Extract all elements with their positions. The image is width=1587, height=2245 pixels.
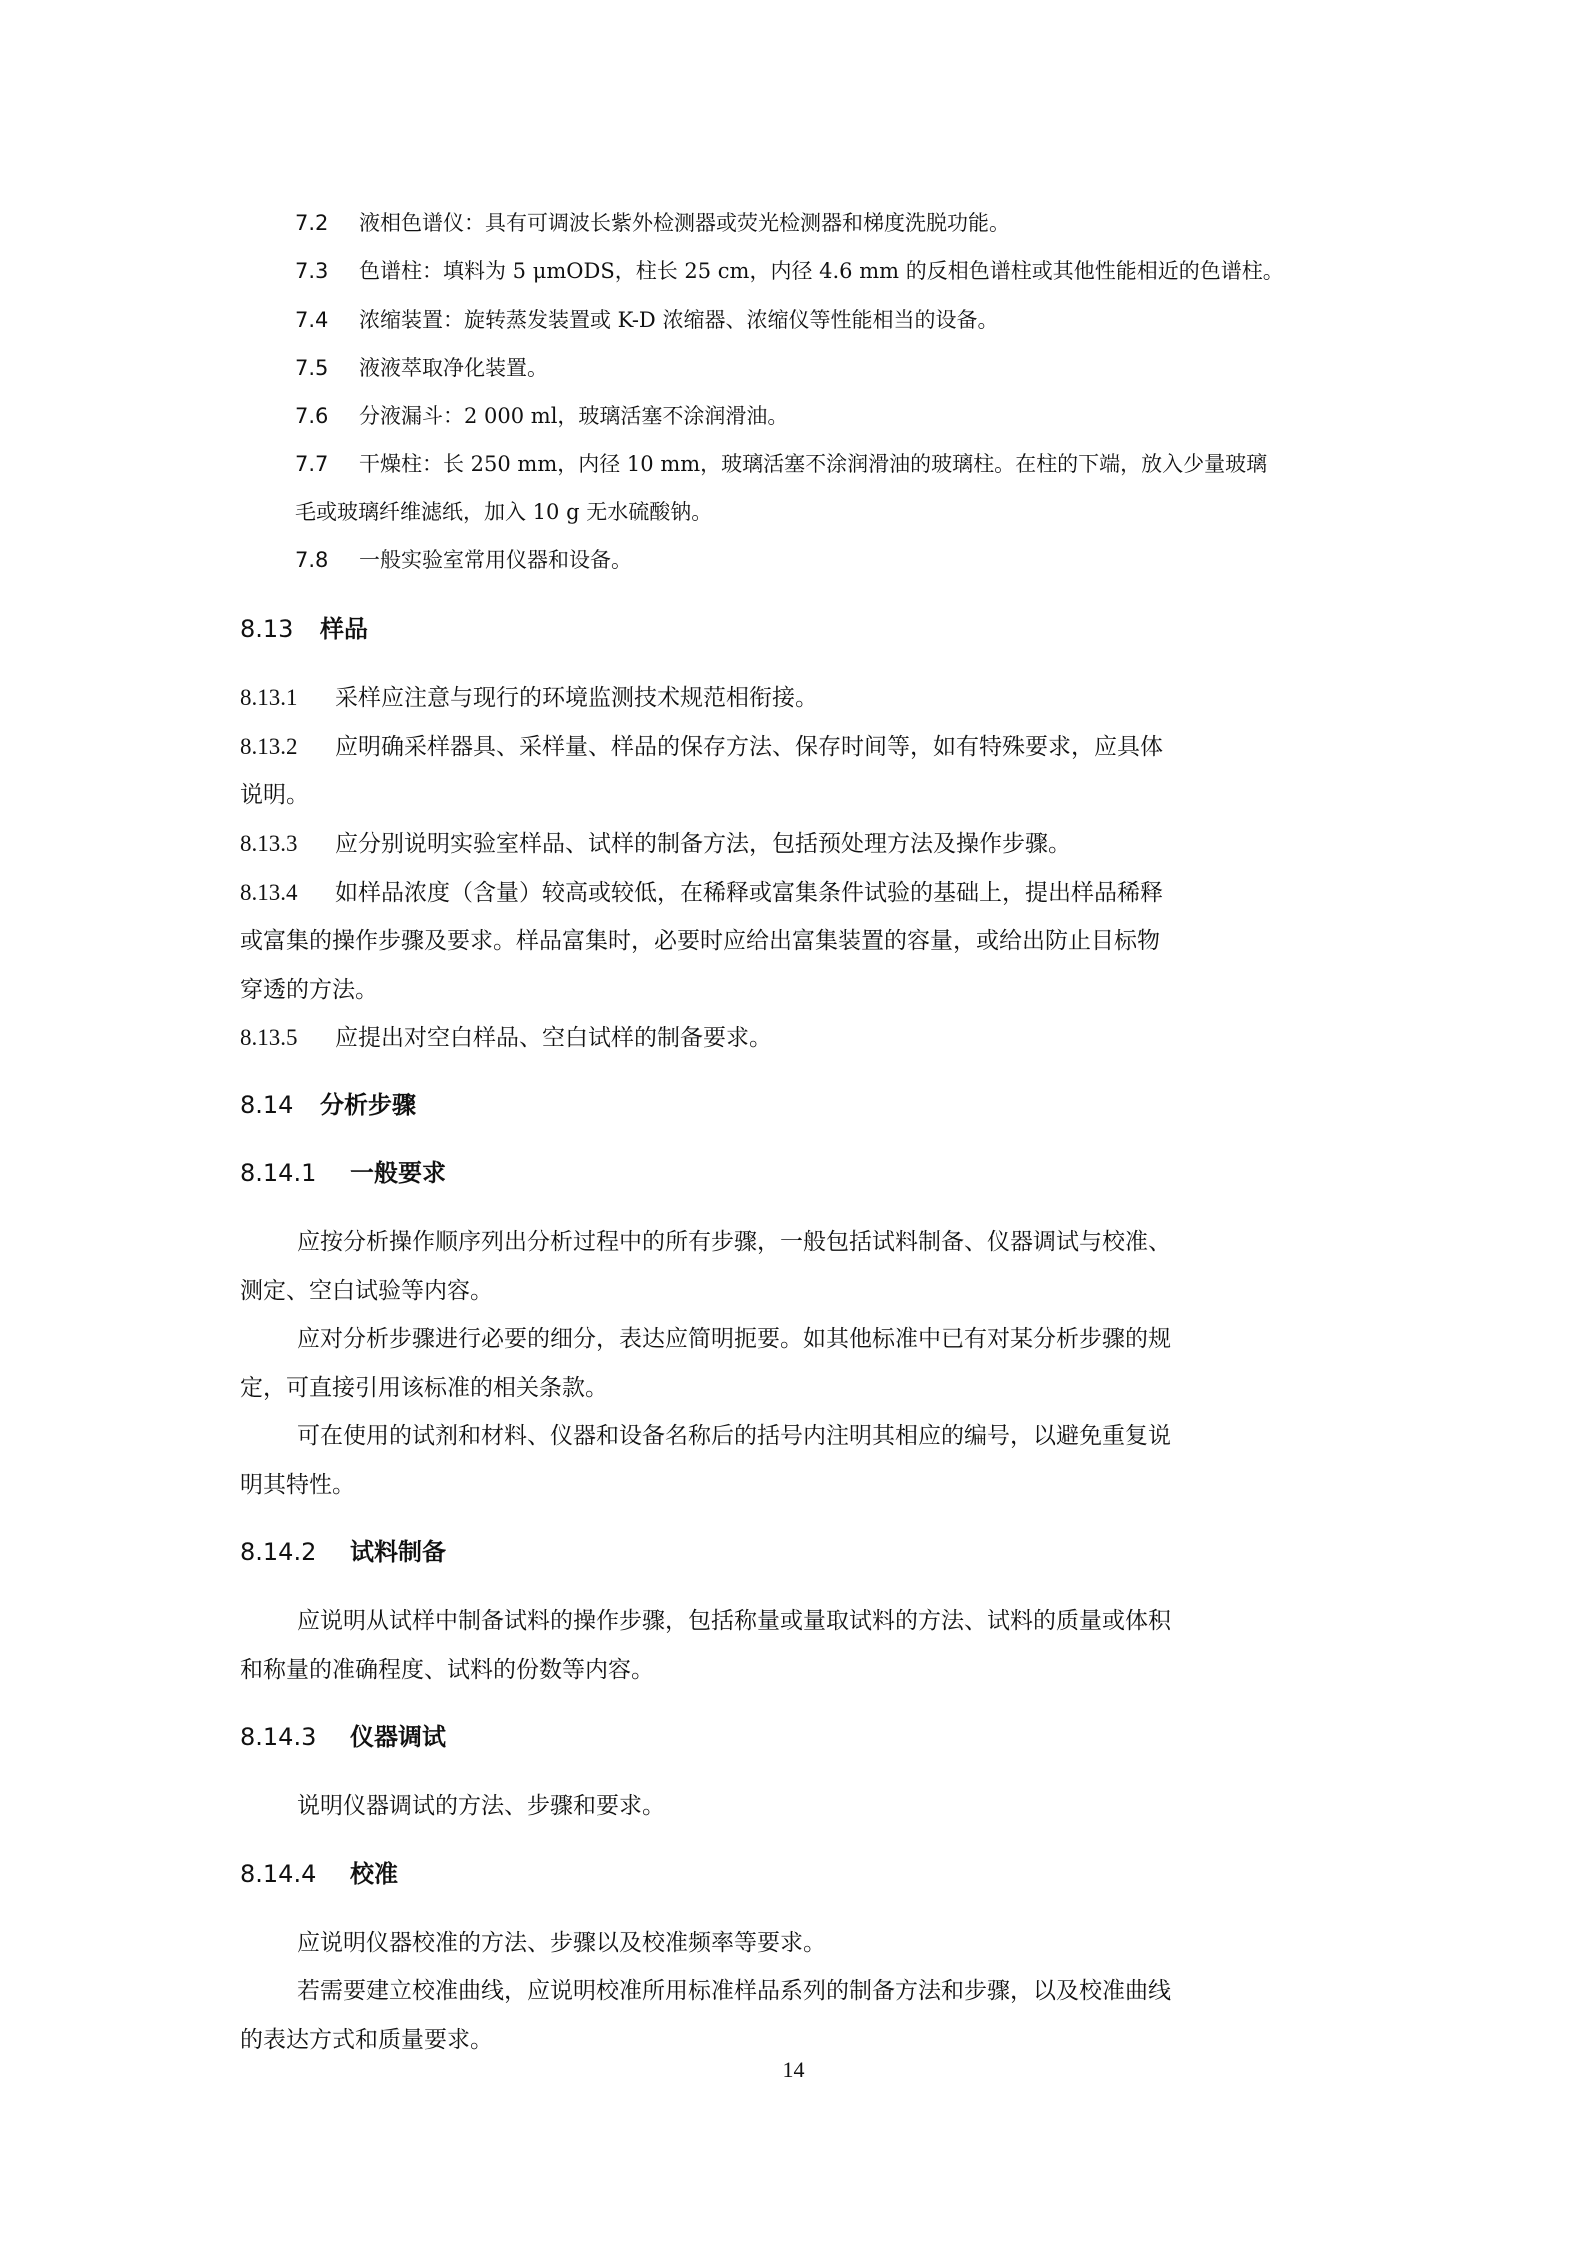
heading-number: 8.14.4 [240, 1859, 350, 1889]
clause-8-13-5: 8.13.5应提出对空白样品、空白试样的制备要求。 [240, 1023, 772, 1053]
item-text: 干燥柱：长 250 mm，内径 10 mm，玻璃活塞不涂润滑油的玻璃柱。在柱的下… [359, 452, 1267, 476]
paragraph-line: 应对分析步骤进行必要的细分，表达应简明扼要。如其他标准中已有对某分析步骤的规 [297, 1324, 1171, 1354]
item-text: 分液漏斗：2 000 ml，玻璃活塞不涂润滑油。 [359, 404, 788, 428]
paragraph-line: 应按分析操作顺序列出分析过程中的所有步骤，一般包括试料制备、仪器调试与校准、 [297, 1227, 1171, 1257]
page-number: 14 [0, 2057, 1587, 2083]
item-7-8: 7.8一般实验室常用仪器和设备。 [295, 545, 632, 575]
item-number: 7.2 [295, 208, 359, 238]
clause-8-13-2: 8.13.2应明确采样器具、采样量、样品的保存方法、保存时间等，如有特殊要求，应… [240, 732, 1163, 762]
paragraph-line: 可在使用的试剂和材料、仪器和设备名称后的括号内注明其相应的编号，以避免重复说 [297, 1421, 1171, 1451]
heading-title: 试料制备 [350, 1538, 446, 1566]
clause-text: 应明确采样器具、采样量、样品的保存方法、保存时间等，如有特殊要求，应具体 [335, 734, 1163, 760]
clause-number: 8.13.3 [240, 829, 335, 859]
item-number: 7.5 [295, 353, 359, 383]
item-number: 7.3 [295, 256, 359, 286]
clause-number: 8.13.2 [240, 732, 335, 762]
heading-8-13: 8.13样品 [240, 614, 368, 644]
document-page: 7.2液相色谱仪：具有可调波长紫外检测器或荧光检测器和梯度洗脱功能。 7.3色谱… [0, 0, 1587, 2245]
clause-8-13-4: 8.13.4如样品浓度（含量）较高或较低，在稀释或富集条件试验的基础上，提出样品… [240, 878, 1163, 908]
paragraph-line: 定，可直接引用该标准的相关条款。 [240, 1373, 608, 1403]
item-number: 7.6 [295, 401, 359, 431]
paragraph-line: 应说明从试样中制备试料的操作步骤，包括称量或量取试料的方法、试料的质量或体积 [297, 1606, 1171, 1636]
item-7-3: 7.3色谱柱：填料为 5 μmODS，柱长 25 cm，内径 4.6 mm 的反… [295, 256, 1284, 286]
clause-8-13-4-line-3: 穿透的方法。 [240, 975, 378, 1005]
clause-text: 采样应注意与现行的环境监测技术规范相衔接。 [335, 685, 818, 711]
clause-8-13-4-line-2: 或富集的操作步骤及要求。样品富集时，必要时应给出富集装置的容量，或给出防止目标物 [240, 926, 1160, 956]
paragraph-line: 若需要建立校准曲线，应说明校准所用标准样品系列的制备方法和步骤，以及校准曲线 [297, 1976, 1171, 2006]
paragraph-line: 应说明仪器校准的方法、步骤以及校准频率等要求。 [297, 1928, 826, 1958]
item-7-7-continuation: 毛或玻璃纤维滤纸，加入 10 g 无水硫酸钠。 [295, 497, 712, 527]
heading-title: 样品 [320, 615, 368, 643]
clause-text: 应分别说明实验室样品、试样的制备方法，包括预处理方法及操作步骤。 [335, 831, 1071, 857]
item-number: 7.8 [295, 545, 359, 575]
heading-8-14-1: 8.14.1一般要求 [240, 1158, 446, 1188]
heading-number: 8.14.1 [240, 1158, 350, 1188]
item-number: 7.4 [295, 305, 359, 335]
item-7-2: 7.2液相色谱仪：具有可调波长紫外检测器或荧光检测器和梯度洗脱功能。 [295, 208, 1010, 238]
heading-number: 8.14.3 [240, 1722, 350, 1752]
paragraph-line: 明其特性。 [240, 1470, 355, 1500]
item-7-6: 7.6分液漏斗：2 000 ml，玻璃活塞不涂润滑油。 [295, 401, 788, 431]
clause-8-13-3: 8.13.3应分别说明实验室样品、试样的制备方法，包括预处理方法及操作步骤。 [240, 829, 1071, 859]
clause-text: 如样品浓度（含量）较高或较低，在稀释或富集条件试验的基础上，提出样品稀释 [335, 880, 1163, 906]
heading-number: 8.14 [240, 1090, 320, 1120]
item-text: 液相色谱仪：具有可调波长紫外检测器或荧光检测器和梯度洗脱功能。 [359, 211, 1010, 235]
item-text: 浓缩装置：旋转蒸发装置或 K-D 浓缩器、浓缩仪等性能相当的设备。 [359, 308, 998, 332]
paragraph-line: 说明仪器调试的方法、步骤和要求。 [297, 1791, 665, 1821]
item-7-5: 7.5液液萃取净化装置。 [295, 353, 548, 383]
heading-title: 一般要求 [350, 1159, 446, 1187]
clause-8-13-1: 8.13.1采样应注意与现行的环境监测技术规范相衔接。 [240, 683, 818, 713]
clause-number: 8.13.4 [240, 878, 335, 908]
heading-8-14-3: 8.14.3仪器调试 [240, 1722, 446, 1752]
paragraph-line: 和称量的准确程度、试料的份数等内容。 [240, 1655, 654, 1685]
item-text: 液液萃取净化装置。 [359, 356, 548, 380]
heading-8-14-4: 8.14.4校准 [240, 1859, 398, 1889]
item-number: 7.7 [295, 449, 359, 479]
clause-8-13-2-line-2: 说明。 [240, 780, 309, 810]
heading-title: 仪器调试 [350, 1723, 446, 1751]
clause-number: 8.13.5 [240, 1023, 335, 1053]
paragraph-line: 测定、空白试验等内容。 [240, 1276, 493, 1306]
item-text: 色谱柱：填料为 5 μmODS，柱长 25 cm，内径 4.6 mm 的反相色谱… [359, 259, 1284, 283]
item-7-7: 7.7干燥柱：长 250 mm，内径 10 mm，玻璃活塞不涂润滑油的玻璃柱。在… [295, 449, 1267, 479]
heading-title: 分析步骤 [320, 1091, 416, 1119]
heading-number: 8.14.2 [240, 1537, 350, 1567]
item-text: 一般实验室常用仪器和设备。 [359, 548, 632, 572]
heading-8-14-2: 8.14.2试料制备 [240, 1537, 446, 1567]
heading-number: 8.13 [240, 614, 320, 644]
clause-text: 应提出对空白样品、空白试样的制备要求。 [335, 1025, 772, 1051]
heading-title: 校准 [350, 1860, 398, 1888]
heading-8-14: 8.14分析步骤 [240, 1090, 416, 1120]
item-7-4: 7.4浓缩装置：旋转蒸发装置或 K-D 浓缩器、浓缩仪等性能相当的设备。 [295, 305, 998, 335]
paragraph-line: 的表达方式和质量要求。 [240, 2025, 493, 2055]
clause-number: 8.13.1 [240, 683, 335, 713]
